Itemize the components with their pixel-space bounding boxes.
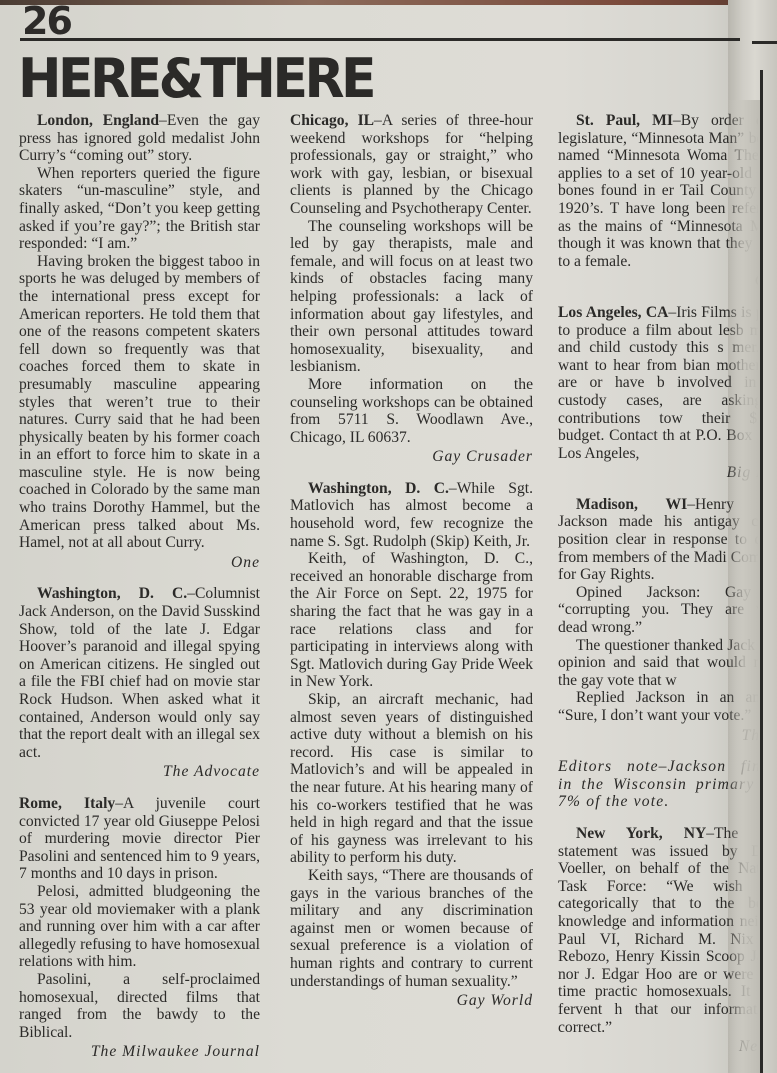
story-source: The Milwaukee Journal xyxy=(19,1043,260,1061)
story-paragraph: Pasolini, a self-proclaimed homosexual, … xyxy=(19,971,260,1041)
story-lead: –Columnist Jack Anderson, on the David S… xyxy=(19,585,260,760)
story-washington-keith: Washington, D. C.–While Sgt. Matlovich h… xyxy=(290,480,533,1010)
story-london: London, England–Even the gay press has i… xyxy=(19,112,260,571)
story-lead: –The follow statement was issued by Dr. … xyxy=(558,825,758,1036)
facing-page-rule xyxy=(752,41,777,44)
story-lead: –Iris Films is pl ning to produce a film… xyxy=(558,304,758,462)
column-3: St. Paul, MI–By order of the legislature… xyxy=(558,112,758,1073)
story-source: The Advocate xyxy=(19,763,260,781)
story-paragraph: The questioner thanked Jack for his opin… xyxy=(558,637,758,690)
story-paragraph: Opined Jackson: Gay acts “corrupting you… xyxy=(558,584,758,637)
story-rome: Rome, Italy–A juvenile court convicted 1… xyxy=(19,795,260,1061)
story-washington-anderson: Washington, D. C.–Columnist Jack Anderso… xyxy=(19,585,260,781)
dateline: Los Angeles, CA xyxy=(558,304,668,321)
story-source: Gay Crusader xyxy=(290,448,533,466)
previous-page-edge xyxy=(0,0,777,5)
story-source: Gay World xyxy=(290,992,533,1010)
story-madison: Madison, WI–Henry “Scoo Jackson made his… xyxy=(558,496,758,744)
story-los-angeles: Los Angeles, CA–Iris Films is pl ning to… xyxy=(558,304,758,482)
story-lead: –By order of the legislature, “Minnesota… xyxy=(558,112,758,270)
story-source: News Re xyxy=(558,1038,758,1056)
section-title: HERE&THERE xyxy=(18,52,373,107)
story-st-paul: St. Paul, MI–By order of the legislature… xyxy=(558,112,758,290)
story-source: One xyxy=(19,554,260,572)
column-2: Chicago, IL–A series of three-hour weeke… xyxy=(290,112,533,1024)
story-paragraph: The counseling workshops will be led by … xyxy=(290,218,533,376)
story-paragraph: Having broken the biggest taboo in sport… xyxy=(19,253,260,552)
dateline: London, England xyxy=(37,112,159,129)
story-paragraph: Pelosi, admitted bludgeoning the 53 year… xyxy=(19,883,260,971)
story-paragraph: Replied Jackson in an angry v “Sure, I d… xyxy=(558,689,758,724)
story-new-york: New York, NY–The follow statement was is… xyxy=(558,825,758,1056)
column-1: London, England–Even the gay press has i… xyxy=(19,112,260,1073)
story-paragraph: Keith, of Washington, D. C., received an… xyxy=(290,550,533,691)
story-source: Big Mama xyxy=(558,464,758,482)
dateline: Washington, D. C. xyxy=(37,585,187,602)
story-paragraph: When reporters queried the figure skater… xyxy=(19,165,260,253)
story-source: The Adv xyxy=(558,727,758,745)
dateline: Rome, Italy xyxy=(19,795,115,812)
story-paragraph: Keith says, “There are thousands of gays… xyxy=(290,867,533,990)
dateline: St. Paul, MI xyxy=(576,112,673,129)
story-chicago: Chicago, IL–A series of three-hour weeke… xyxy=(290,112,533,466)
dateline: Chicago, IL xyxy=(290,112,374,129)
facing-page-border xyxy=(760,70,763,1073)
page-number: 26 xyxy=(22,2,71,40)
dateline: New York, NY xyxy=(576,825,706,842)
story-source: Gay N xyxy=(558,272,758,290)
dateline: Madison, WI xyxy=(576,496,687,513)
story-paragraph: More information on the counseling works… xyxy=(290,376,533,446)
header-rule xyxy=(20,38,740,41)
dateline: Washington, D. C. xyxy=(308,480,449,497)
story-paragraph: Skip, an aircraft mechanic, had almost s… xyxy=(290,691,533,867)
editors-note: Editors note–Jackson finished in the Wis… xyxy=(558,758,758,811)
